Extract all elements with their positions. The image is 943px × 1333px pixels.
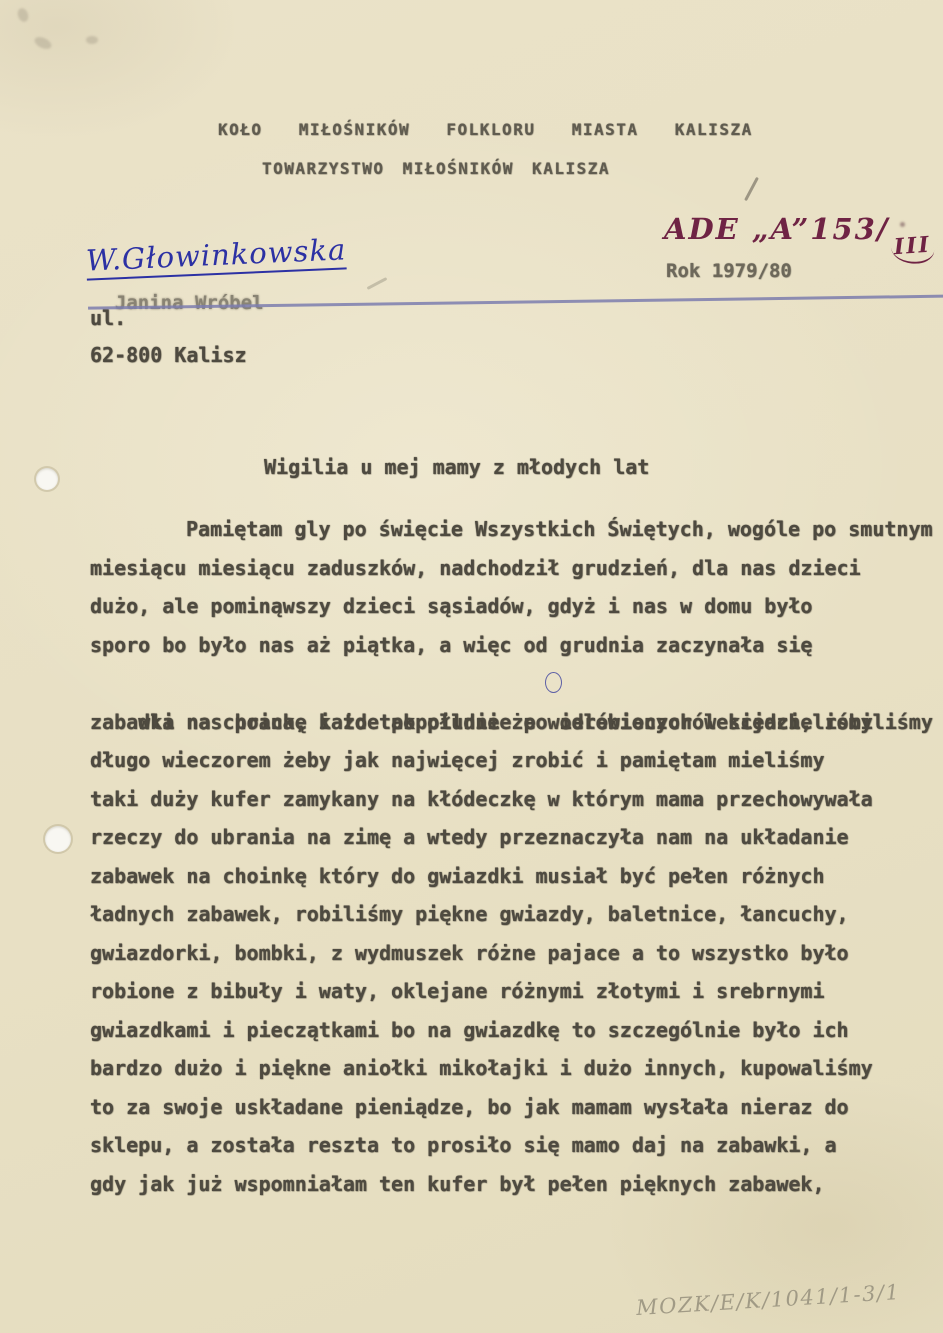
archive-code-slash: /	[877, 212, 890, 246]
body-line: dużo, ale pominąwszy dzieci sąsiadów, gd…	[90, 587, 920, 626]
body-line: dla nas praca, każde popołudnie po odrób…	[90, 664, 920, 703]
body-line: gwiazdkami i pieczątkami bo na gwiazdkę …	[90, 1011, 920, 1050]
archive-code: ADE „A”153	[664, 212, 877, 246]
punch-hole-top	[36, 468, 58, 490]
body-line: gwiazdorki, bombki, z wydmuszek różne pa…	[90, 934, 920, 973]
body-line: długo wieczorem żeby jak najwięcej zrobi…	[90, 741, 920, 780]
address-street-line: ul.	[90, 306, 126, 330]
address-city-line: 62-800 Kalisz	[90, 343, 247, 367]
archive-code-block: ADE „A”153/III	[664, 212, 932, 250]
body-paragraph: Pamiętam gly po święcie Wszystkich Święt…	[90, 510, 920, 1203]
body-line: to za swoje uskładane pieniądze, bo jak …	[90, 1088, 920, 1127]
ink-dot	[900, 222, 905, 227]
body-line: gdy jak już wspomniałam ten kufer był pe…	[90, 1165, 920, 1204]
organization-name-line1: KOŁO MIŁOŚNIKÓW FOLKLORU MIASTA KALISZA	[218, 120, 753, 139]
body-line: robione z bibuły i waty, oklejane różnym…	[90, 972, 920, 1011]
body-line: sklepu, a została reszta to prosiło się …	[90, 1126, 920, 1165]
memoir-title: Wigilia u mej mamy z młodych lat	[264, 455, 649, 479]
body-line: miesiącu miesiącu zaduszków, nadchodził …	[90, 549, 920, 588]
body-line: zabawek na choinkę który do gwiazdki mus…	[90, 857, 920, 896]
ink-circle-annotation	[545, 672, 562, 693]
body-line-text: dla nas praca, każde popołudnie po odrób…	[138, 710, 933, 734]
pencil-smudge	[86, 36, 98, 44]
organization-name-line2: TOWARZYSTWO MIŁOŚNIKÓW KALISZA	[262, 159, 610, 178]
body-line: taki duży kufer zamykany na kłódeczkę w …	[90, 780, 920, 819]
body-line: Pamiętam gly po święcie Wszystkich Święt…	[90, 510, 920, 549]
crossed-out-author-name: Janina Wróbel	[92, 270, 943, 336]
punch-hole-bottom	[45, 826, 71, 852]
body-line: sporo bo było nas aż piątka, a więc od g…	[90, 626, 920, 665]
crossed-out-name-text: Janina Wróbel	[115, 292, 264, 314]
body-line: ładnych zabawek, robiliśmy piękne gwiazd…	[90, 895, 920, 934]
body-line: rzeczy do ubrania na zimę a wtedy przezn…	[90, 818, 920, 857]
body-line: bardzo dużo i piękne aniołki mikołajki i…	[90, 1049, 920, 1088]
